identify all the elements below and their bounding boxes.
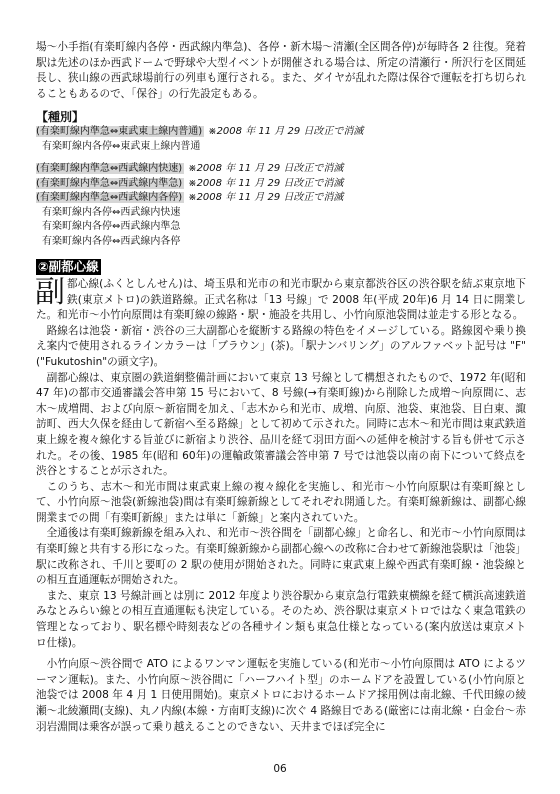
fukutoshin-body: 副都心線(ふくとしんせん)は、埼玉県和光市の和光市駅から東京都渋谷区の渋谷駅を結… xyxy=(36,277,526,735)
type-label: 有楽町線内各停⇔西武線内準急 xyxy=(42,221,180,232)
spacer xyxy=(36,154,526,162)
paragraph-name-origin: 路線名は池袋・新宿・渋谷の三大副都心を縦断する路線の特色をイメージしている。路線… xyxy=(36,324,526,371)
types-group-seibu: (有楽町線内準急⇔西武線内快速)※2008 年 11 月 29 日改正で消滅 (… xyxy=(36,162,526,249)
paragraph-full-opening: 全通後は有楽町線新線を組み入れ、和光市～渋谷間を「副都心線」と命名し、和光市～小… xyxy=(36,526,526,588)
paragraph-ato-platform-doors: 小竹向原～渋谷間で ATO によるワンマン運転を実施している(和光市～小竹向原間… xyxy=(36,657,526,735)
paragraph-opening: このうち、志木～和光市間は東武東上線の複々線化を実施し、和光市～小竹向原駅は有楽… xyxy=(36,480,526,527)
types-group-tobu: (有楽町線内準急⇔東武東上線内普通)※2008 年 11 月 29 日改正で消滅… xyxy=(36,125,526,154)
drop-cap: 副 xyxy=(35,278,65,308)
type-row: (有楽町線内準急⇔西武線内準急)※2008 年 11 月 29 日改正で消滅 xyxy=(36,177,526,192)
type-label: 有楽町線内各停⇔東武東上線内普通 xyxy=(42,141,200,152)
paragraph-through-service: また、東京 13 号線計画とは別に 2012 年度より渋谷駅から東京急行電鉄東横… xyxy=(36,589,526,651)
type-row: (有楽町線内準急⇔西武線内各停)※2008 年 11 月 29 日改正で消滅 xyxy=(36,191,526,206)
type-label-abolished: (有楽町線内準急⇔東武東上線内普通) xyxy=(36,126,204,137)
abolished-note: ※2008 年 11 月 29 日改正で消滅 xyxy=(188,163,343,174)
type-row: 有楽町線内各停⇔東武東上線内普通 xyxy=(36,140,526,155)
intro-paragraph: 場～小手指(有楽町線内各停・西武線内準急)、各停・新木場～清瀬(全区間各停)が毎… xyxy=(36,40,526,102)
type-label: 有楽町線内各停⇔西武線内快速 xyxy=(42,207,180,218)
type-label-abolished: (有楽町線内準急⇔西武線内快速) xyxy=(36,163,184,174)
type-label-abolished: (有楽町線内準急⇔西武線内各停) xyxy=(36,192,184,203)
lead-paragraph-text: 都心線(ふくとしんせん)は、埼玉県和光市の和光市駅から東京都渋谷区の渋谷駅を結ぶ… xyxy=(36,278,526,321)
page-number: 06 xyxy=(0,763,560,775)
abolished-note: ※2008 年 11 月 29 日改正で消滅 xyxy=(188,178,343,189)
section-title-fukutoshin: ②副都心線 xyxy=(36,259,101,275)
type-row: (有楽町線内準急⇔西武線内快速)※2008 年 11 月 29 日改正で消滅 xyxy=(36,162,526,177)
type-row: (有楽町線内準急⇔東武東上線内普通)※2008 年 11 月 29 日改正で消滅 xyxy=(36,125,526,140)
type-row: 有楽町線内各停⇔西武線内快速 xyxy=(36,206,526,221)
type-row: 有楽町線内各停⇔西武線内準急 xyxy=(36,220,526,235)
lead-paragraph: 副都心線(ふくとしんせん)は、埼玉県和光市の和光市駅から東京都渋谷区の渋谷駅を結… xyxy=(36,277,526,324)
paragraph-history: 副都心線は、東京圏の鉄道網整備計画において東京 13 号線として構想されたもので… xyxy=(36,371,526,480)
abolished-note: ※2008 年 11 月 29 日改正で消滅 xyxy=(208,126,363,137)
type-label: 有楽町線内各停⇔西武線内各停 xyxy=(42,236,180,247)
type-label-abolished: (有楽町線内準急⇔西武線内準急) xyxy=(36,178,184,189)
abolished-note: ※2008 年 11 月 29 日改正で消滅 xyxy=(188,192,343,203)
type-row: 有楽町線内各停⇔西武線内各停 xyxy=(36,235,526,250)
document-page: 場～小手指(有楽町線内各停・西武線内準急)、各停・新木場～清瀬(全区間各停)が毎… xyxy=(36,40,526,735)
types-heading: 【種別】 xyxy=(36,110,526,125)
